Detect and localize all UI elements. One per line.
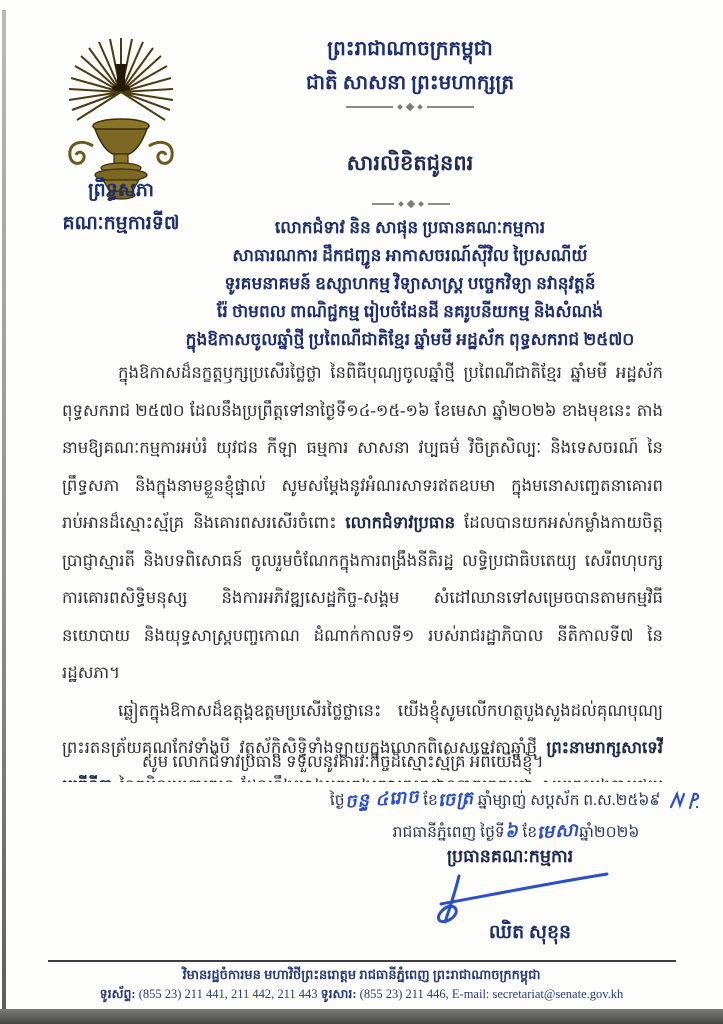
signature-mark-icon xyxy=(425,866,615,924)
fax-label: ទូរសារ: xyxy=(321,987,357,1001)
addressee-line: លោកជំទាវ និន សាផុន ប្រធានគណៈកម្មការ xyxy=(115,214,705,242)
fax-and-email: (855 23) 211 446, E-mail: secretariat@se… xyxy=(357,987,624,1001)
handwritten-day-number: ៦ xyxy=(504,816,520,848)
nation-religion-king: ជាតិ សាសនា ព្រះមហាក្សត្រ xyxy=(205,66,615,100)
addressee-block: លោកជំទាវ និន សាផុន ប្រធានគណៈកម្មការ សាធា… xyxy=(115,214,705,354)
telephone-label: ទូរស័ព្ទ: xyxy=(100,987,136,1001)
paragraph-1: ក្នុងឱកាសដ៏នក្ខត្តឫក្សប្រសើរថ្លៃថ្លា នៃព… xyxy=(62,354,663,692)
date-text: រាជធានីភ្នំពេញ ថ្ងៃទី xyxy=(393,824,505,841)
lunar-date-line: ថ្ងៃចន្ទ ៤រោច ខែចេត្រ ឆ្នាំម្សាញ់ សប្តស័… xyxy=(318,784,714,816)
date-block: ថ្ងៃចន្ទ ៤រោច ខែចេត្រ ឆ្នាំម្សាញ់ សប្តស័… xyxy=(318,784,714,848)
footer-divider xyxy=(48,960,676,962)
date-text: ឆ្នាំ២០២៦ xyxy=(579,824,639,841)
handwritten-lunar-month: ចេត្រ xyxy=(437,783,475,816)
addressee-line: ទូរគមនាគមន៍ ឧស្សាហកម្ម វិទ្យាសាស្ត្រ បច្… xyxy=(115,270,705,298)
scan-edge-bottom xyxy=(0,1009,723,1024)
kingdom-title: ព្រះរាជាណាចក្រកម្ពុជា xyxy=(205,32,615,66)
handwritten-lunar-day: ចន្ទ ៤រោច xyxy=(344,781,421,817)
closing-text: សូម xyxy=(142,752,172,771)
addressee-line: រ៉ែ ថាមពល ពាណិជ្ជកម្ម រៀបចំដែនដី នគរូបនី… xyxy=(115,298,705,326)
addressee-honorific: លោកជំទាវប្រធាន xyxy=(345,513,455,532)
signer-name: ឈិត សុខុន xyxy=(425,920,635,948)
addressee-line: ក្នុងឱកាសចូលឆ្នាំថ្មី ប្រពៃណីជាតិខ្មែរ ឆ… xyxy=(115,326,705,354)
handwritten-initials-icon xyxy=(668,791,702,811)
addressee-honorific: លោកជំទាវប្រធាន xyxy=(172,752,282,771)
date-text: ខែ xyxy=(522,824,537,841)
footer-address: វិមានរដ្ឋចំការមន មហាវិថីព្រះនរោត្តម រាជធ… xyxy=(40,967,683,986)
ornament-divider-icon xyxy=(372,201,450,207)
ornament-divider-icon xyxy=(346,104,474,110)
paragraph-text: ក្នុងឱកាសដ៏នក្ខត្តឫក្សប្រសើរថ្លៃថ្លា នៃព… xyxy=(62,363,663,532)
kingdom-motto: ព្រះរាជាណាចក្រកម្ពុជា ជាតិ សាសនា ព្រះមហា… xyxy=(205,32,615,100)
scan-edge-left xyxy=(2,10,6,1014)
telephone-numbers: (855 23) 211 441, 211 442, 211 443 xyxy=(136,987,321,1001)
handwritten-month: មេសា xyxy=(536,815,580,849)
closing-text: ទទួលនូវគារវៈកិច្ចដ៏ស្មោះស្ម័គ្រ អំពីយើងខ… xyxy=(282,752,544,771)
date-text: ថ្ងៃ xyxy=(330,792,345,809)
footer-contacts: ទូរស័ព្ទ: (855 23) 211 441, 211 442, 211… xyxy=(40,987,683,1005)
paragraph-text: ដែលបានយកអស់កម្លាំងកាយចិត្ត ប្រាជ្ញាស្មារ… xyxy=(62,513,663,682)
date-text: ខែ xyxy=(423,792,438,809)
scanned-letter-page: ព្រះរាជាណាចក្រកម្ពុជា ជាតិ សាសនា ព្រះមហា… xyxy=(0,0,723,1024)
letter-body: ក្នុងឱកាសដ៏នក្ខត្តឫក្សប្រសើរថ្លៃថ្លា នៃព… xyxy=(62,354,663,782)
senate-label: ព្រឹទ្ធសភា xyxy=(26,174,216,207)
addressee-line: សាធារណការ ដឹកជញ្ជូន អាកាសចរណ៍ស៊ីវិល ប្រៃ… xyxy=(115,242,705,270)
gregorian-date-line: រាជធានីភ្នំពេញ ថ្ងៃទី៦ ខែមេសាឆ្នាំ២០២៦ xyxy=(318,816,714,848)
document-title: សារលិខិតជូនពរ xyxy=(255,150,565,181)
date-text: ឆ្នាំម្សាញ់ សប្តស័ក ព.ស.២៥៦៩ xyxy=(478,792,661,809)
